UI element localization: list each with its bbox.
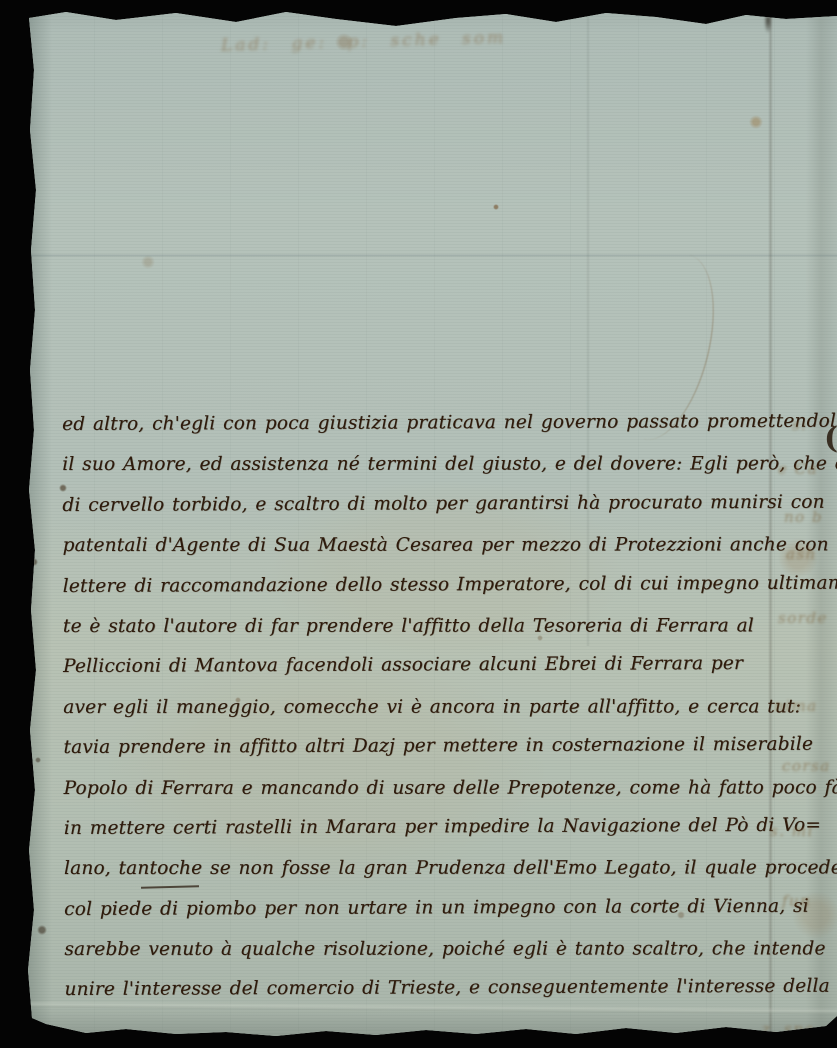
manuscript-line: sarebbe venuto à qualche risoluzione, po… — [64, 938, 816, 961]
bleed-through-fragment: z. spa — [762, 1022, 815, 1036]
manuscript-line: ed altro, ch'egli con poca giustizia pra… — [62, 411, 814, 436]
manuscript-line: Popolo di Ferrara e mancando di usare de… — [64, 777, 816, 800]
manuscript-line: lano, tantoche se non fosse la gran Prud… — [64, 858, 816, 881]
bleed-through-fragment: nima — [774, 699, 818, 714]
manuscript-line: patentali d'Agente di Sua Maestà Cesarea… — [63, 535, 815, 558]
manuscript-line: il suo Amore, ed assistenza né termini d… — [62, 454, 814, 477]
bleed-through-fragment: sorde — [778, 611, 828, 626]
manuscript-photo: Lad: ge: p: sche som ed altro, ch'egli c… — [0, 0, 837, 1048]
manuscript-page: Lad: ge: p: sche som ed altro, ch'egli c… — [26, 10, 837, 1036]
manuscript-line: Pelliccioni di Mantova facendoli associa… — [63, 653, 815, 678]
bleed-through-fragment: corsa — [782, 759, 831, 774]
manuscript-line: unire l'interesse del comercio di Triest… — [64, 976, 816, 1001]
bleed-through-fragment: e Ca — [778, 462, 818, 477]
ink-mark-right-edge: ( — [824, 424, 837, 454]
manuscript-line: aver egli il maneggio, comecche vi è anc… — [63, 696, 815, 719]
show-through-text: Lad: ge: p: sche som — [221, 26, 641, 55]
bleed-through-fragment: ash — [786, 547, 817, 562]
manuscript-line: col piede di piombo per non urtare in un… — [64, 895, 816, 920]
manuscript-line: lettere di raccomandazione dello stesso … — [63, 572, 815, 597]
bleed-through-fragment: s. mi — [770, 824, 814, 839]
manuscript-line: te è stato l'autore di far prendere l'af… — [63, 615, 815, 638]
bleed-through-fragment: s: — [792, 418, 808, 433]
bleed-through-fragment: no b — [784, 510, 823, 525]
ink-smudge-top-fold — [760, 10, 776, 46]
horizontal-fold-crease — [26, 254, 837, 257]
manuscript-text-block: ed altro, ch'egli con poca giustizia pra… — [62, 411, 817, 1020]
manuscript-line: in mettere certi rastelli in Marara per … — [64, 815, 816, 840]
manuscript-line: di cervello torbido, e scaltro di molto … — [62, 491, 814, 516]
manuscript-line: tavia prendere in affitto altri Dazj per… — [63, 734, 815, 759]
bleed-through-fragment: fun — [782, 894, 811, 909]
